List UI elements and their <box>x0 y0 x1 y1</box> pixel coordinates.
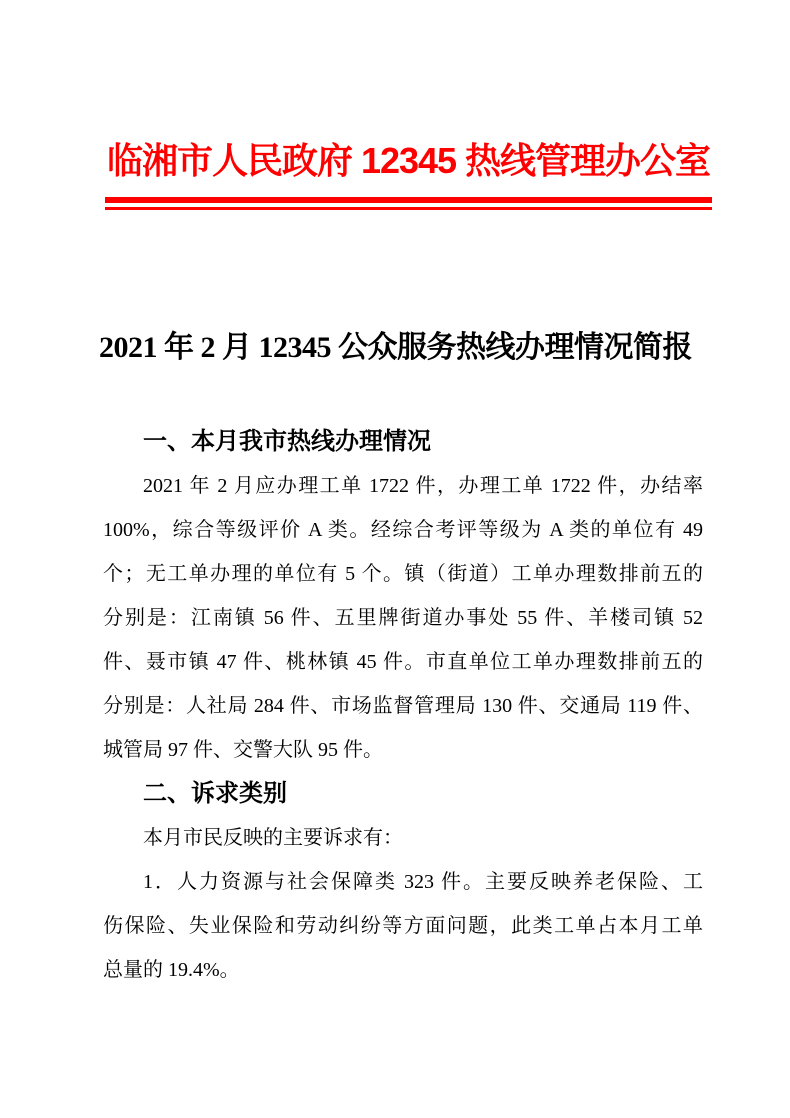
body-line: 2021 年 2 月应办理工单 1722 件，办理工单 1722 件，办结率 <box>103 464 703 508</box>
masthead-office-name: 临湘市人民政府 12345 热线管理办公室 <box>105 140 712 182</box>
section-2-paragraph-1: 本月市民反映的主要诉求有： <box>103 816 703 860</box>
document-page: 临湘市人民政府 12345 热线管理办公室 2021 年 2 月 12345 公… <box>0 0 790 1118</box>
body-line: 1．人力资源与社会保障类 323 件。主要反映养老保险、工 <box>103 860 703 904</box>
section-2-heading: 二、诉求类别 <box>103 772 703 816</box>
body-line: 本月市民反映的主要诉求有： <box>103 816 703 860</box>
body-line: 伤保险、失业保险和劳动纠纷等方面问题，此类工单占本月工单 <box>103 904 703 948</box>
body-line: 件、聂市镇 47 件、桃林镇 45 件。市直单位工单办理数排前五的 <box>103 640 703 684</box>
section-1-heading: 一、本月我市热线办理情况 <box>103 420 703 464</box>
body-line: 总量的 19.4%。 <box>103 948 703 992</box>
body-line: 分别是：人社局 284 件、市场监督管理局 130 件、交通局 119 件、 <box>103 684 703 728</box>
body-line: 城管局 97 件、交警大队 95 件。 <box>103 728 703 772</box>
section-1-paragraph-1: 2021 年 2 月应办理工单 1722 件，办理工单 1722 件，办结率 1… <box>103 464 703 772</box>
section-2-paragraph-2: 1．人力资源与社会保障类 323 件。主要反映养老保险、工 伤保险、失业保险和劳… <box>103 860 703 992</box>
body-line: 100%，综合等级评价 A 类。经综合考评等级为 A 类的单位有 49 <box>103 508 703 552</box>
masthead-double-rule <box>105 197 712 210</box>
body-line: 个；无工单办理的单位有 5 个。镇（街道）工单办理数排前五的 <box>103 552 703 596</box>
body-line: 分别是：江南镇 56 件、五里牌街道办事处 55 件、羊楼司镇 52 <box>103 596 703 640</box>
document-body: 一、本月我市热线办理情况 2021 年 2 月应办理工单 1722 件，办理工单… <box>103 420 703 992</box>
document-title: 2021 年 2 月 12345 公众服务热线办理情况简报 <box>98 329 693 367</box>
